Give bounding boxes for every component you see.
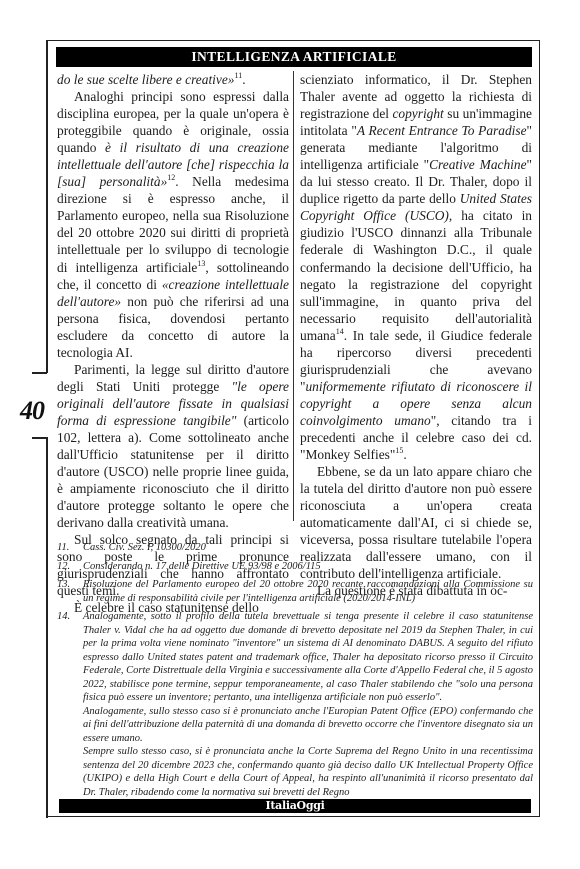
publication-logo: ItaliaOggi	[59, 799, 531, 813]
right-column: scienziato informatico, il Dr. Stephen T…	[300, 71, 532, 599]
footnote-number: 12.	[57, 560, 70, 574]
text: .	[242, 72, 245, 87]
paragraph: Analoghi principi sono espressi dalla di…	[57, 88, 289, 361]
section-header: INTELLIGENZA ARTIFICIALE	[56, 47, 532, 67]
italic-title: Creative Machine	[429, 157, 526, 172]
paragraph: scienziato informatico, il Dr. Stephen T…	[300, 71, 532, 463]
text: (articolo 102, lettera a). Come sottolin…	[57, 413, 289, 530]
footnote-number: 13.	[57, 578, 70, 592]
footnote-number: 11.	[57, 541, 69, 555]
paragraph: do le sue scelte libere e creative»11.	[57, 71, 289, 88]
footnote-14: 14. Analogamente, sotto il profilo della…	[57, 610, 533, 799]
page-number: 40	[20, 396, 44, 426]
footnote-ref[interactable]: 14	[336, 327, 344, 336]
footnote-text: Analogamente, sotto il profilo della tut…	[83, 610, 533, 705]
footnote-12: 12. Considerando n. 17 delle Direttive U…	[57, 560, 533, 574]
text: , ha citato in giudizio l'USCO dinnanzi …	[300, 208, 532, 342]
page-number-tick-top	[32, 372, 47, 374]
text: .	[403, 447, 406, 462]
italic-title: A Recent Entrance To Paradise	[357, 123, 527, 138]
footnote-text: Considerando n. 17 delle Direttive UE 93…	[83, 560, 533, 574]
footnote-text: Sempre sullo stesso caso, si è pronuncia…	[83, 745, 533, 799]
footnote-text: Cass. Civ. Sez. I, 10300/2020	[83, 541, 533, 555]
frame-left-border-bottom	[46, 437, 48, 818]
footnotes: 11. Cass. Civ. Sez. I, 10300/2020 12. Co…	[57, 541, 533, 804]
column-divider	[293, 71, 294, 521]
frame-left-border-top	[46, 40, 48, 373]
italic-term: copyright	[392, 106, 443, 121]
footnote-13: 13. Risoluzione del Parlamento europeo d…	[57, 578, 533, 605]
left-column: do le sue scelte libere e creative»11. A…	[57, 71, 289, 617]
footnote-text: Risoluzione del Parlamento europeo del 2…	[83, 578, 533, 605]
footnote-11: 11. Cass. Civ. Sez. I, 10300/2020	[57, 541, 533, 555]
page-number-tick-bottom	[32, 437, 47, 439]
footnote-text: Analogamente, sullo stesso caso si è pro…	[83, 705, 533, 746]
paragraph: Parimenti, la legge sul diritto d'autore…	[57, 361, 289, 531]
italic-quote: do le sue scelte libere e creative»	[57, 72, 234, 87]
footnote-number: 14.	[57, 610, 70, 624]
